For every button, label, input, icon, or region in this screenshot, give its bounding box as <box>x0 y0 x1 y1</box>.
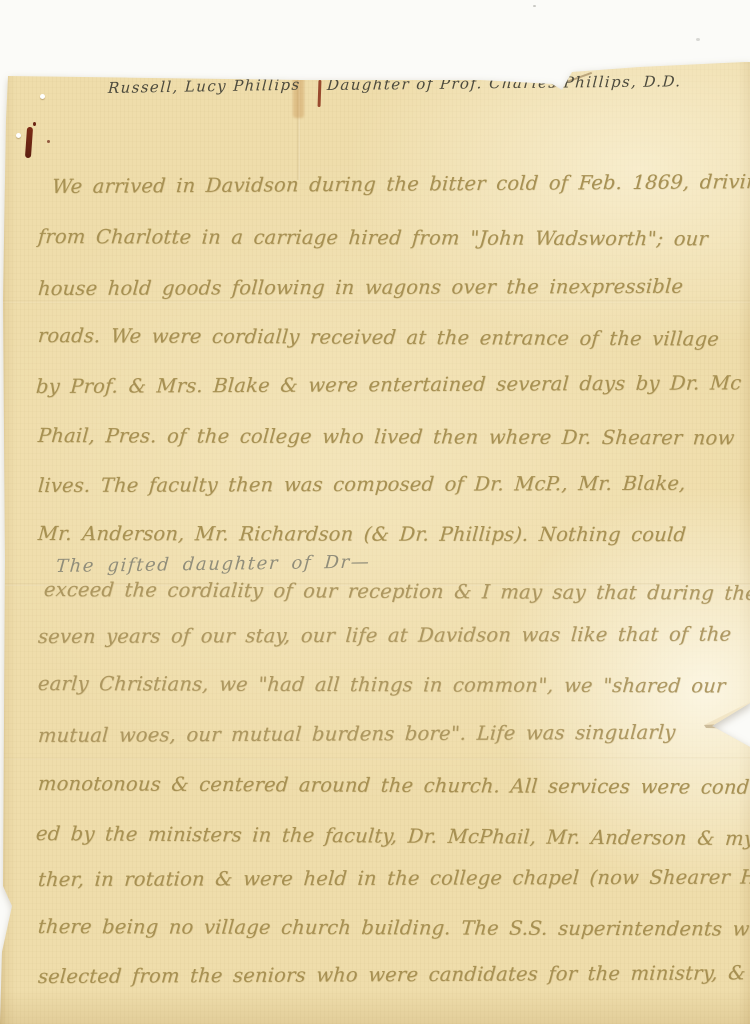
red-ink-mark <box>318 80 322 107</box>
pencil-insertion: The gifted daughter of Dr— <box>55 552 371 577</box>
handwriting-line: early Christians, we "had all things in … <box>37 672 726 697</box>
letter-paper-wrap: Russell, Lucy Phillips Daughter of Prof.… <box>0 0 750 1024</box>
handwriting-line: roads. We were cordially received at the… <box>37 324 720 351</box>
handwriting-line: lives. The faculty then was composed of … <box>37 472 686 497</box>
handwriting-line: We arrived in Davidson during the bitter… <box>51 170 750 198</box>
pinhole <box>16 133 21 138</box>
handwriting-line: from Charlotte in a carriage hired from … <box>37 225 709 250</box>
pinhole <box>40 94 45 99</box>
horizontal-crease <box>0 757 750 760</box>
handwriting-line: mutual woes, our mutual burdens bore". L… <box>37 721 676 747</box>
handwriting-line: selected from the seniors who were candi… <box>37 961 750 988</box>
handwriting-line: ther, in rotation & were held in the col… <box>37 865 750 891</box>
handwriting-line: Mr. Anderson, Mr. Richardson (& Dr. Phil… <box>37 522 687 546</box>
ink-blot-dot <box>33 122 36 126</box>
catalog-annotation-description: Daughter of Prof. Charles Phillips, D.D. <box>326 72 682 94</box>
ink-blot <box>25 127 33 158</box>
handwriting-line: by Prof. & Mrs. Blake & were entertained… <box>35 371 742 398</box>
handwriting-line: Phail, Pres. of the college who lived th… <box>37 424 735 449</box>
torn-corner-flap-shadow <box>704 701 750 751</box>
handwriting-line: monotonous & centered around the church.… <box>37 772 750 799</box>
ink-blot-dot <box>47 140 50 143</box>
scan-background: Russell, Lucy Phillips Daughter of Prof.… <box>0 0 750 1024</box>
catalog-annotation-name: Russell, Lucy Phillips <box>108 76 302 97</box>
handwriting-line: ed by the ministers in the faculty, Dr. … <box>35 822 750 850</box>
handwriting-line: there being no village church building. … <box>37 915 750 941</box>
letter-paper: Russell, Lucy Phillips Daughter of Prof.… <box>0 0 750 1024</box>
adhesive-stain <box>293 72 304 118</box>
handwriting-line: house hold goods following in wagons ove… <box>37 275 684 300</box>
handwriting-line: exceed the cordiality of our reception &… <box>43 578 750 605</box>
horizontal-crease <box>0 300 750 303</box>
handwriting-line: seven years of our stay, our life at Dav… <box>37 623 732 648</box>
